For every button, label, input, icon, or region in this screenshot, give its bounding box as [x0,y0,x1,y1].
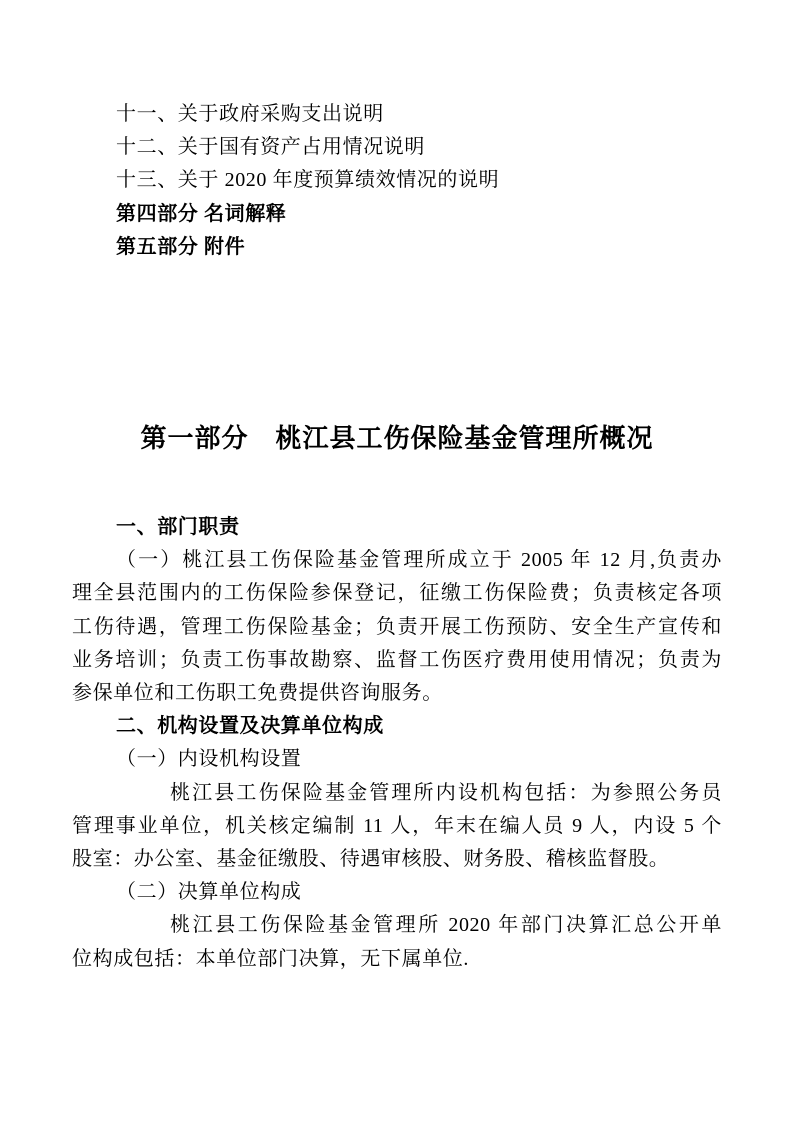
body-line: 桃江县工伤保险基金管理所 2020 年部门决算汇总公开单 [72,909,722,942]
section-title: 第一部分 桃江县工伤保险基金管理所概况 [72,421,722,457]
body-line: 工伤待遇，管理工伤保险基金；负责开展工伤预防、安全生产宣传和 [72,611,722,644]
body-line: 桃江县工伤保险基金管理所内设机构包括：为参照公务员 [72,777,722,810]
toc-item: 十三、关于 2020 年度预算绩效情况的说明 [72,164,722,197]
body-line: 管理事业单位，机关核定编制 11 人，年末在编人员 9 人，内设 5 个 [72,810,722,843]
body-line: 理全县范围内的工伤保险参保登记，征缴工伤保险费；负责核定各项 [72,577,722,610]
body-line: 业务培训；负责工伤事故勘察、监督工伤医疗费用使用情况；负责为 [72,644,722,677]
subheading-unit-composition: （二）决算单位构成 [72,876,722,909]
table-of-contents: 十一、关于政府采购支出说明 十二、关于国有资产占用情况说明 十三、关于 2020… [0,0,793,264]
toc-item: 十二、关于国有资产占用情况说明 [72,131,722,164]
document-page: 十一、关于政府采购支出说明 十二、关于国有资产占用情况说明 十三、关于 2020… [0,0,793,1122]
heading-org-structure: 二、机构设置及决算单位构成 [72,710,722,743]
heading-department-duties: 一、部门职责 [72,511,722,544]
toc-item-part-four: 第四部分 名词解释 [72,198,722,231]
toc-item-part-five: 第五部分 附件 [72,231,722,264]
document-body: 一、部门职责 （一）桃江县工伤保险基金管理所成立于 2005 年 12 月,负责… [0,511,793,976]
body-line: 位构成包括：本单位部门决算，无下属单位. [72,943,722,976]
body-line: 参保单位和工伤职工免费提供咨询服务。 [72,677,722,710]
subheading-internal-org: （一）内设机构设置 [72,743,722,776]
body-line: 股室：办公室、基金征缴股、待遇审核股、财务股、稽核监督股。 [72,843,722,876]
toc-item: 十一、关于政府采购支出说明 [72,98,722,131]
body-line: （一）桃江县工伤保险基金管理所成立于 2005 年 12 月,负责办 [72,544,722,577]
